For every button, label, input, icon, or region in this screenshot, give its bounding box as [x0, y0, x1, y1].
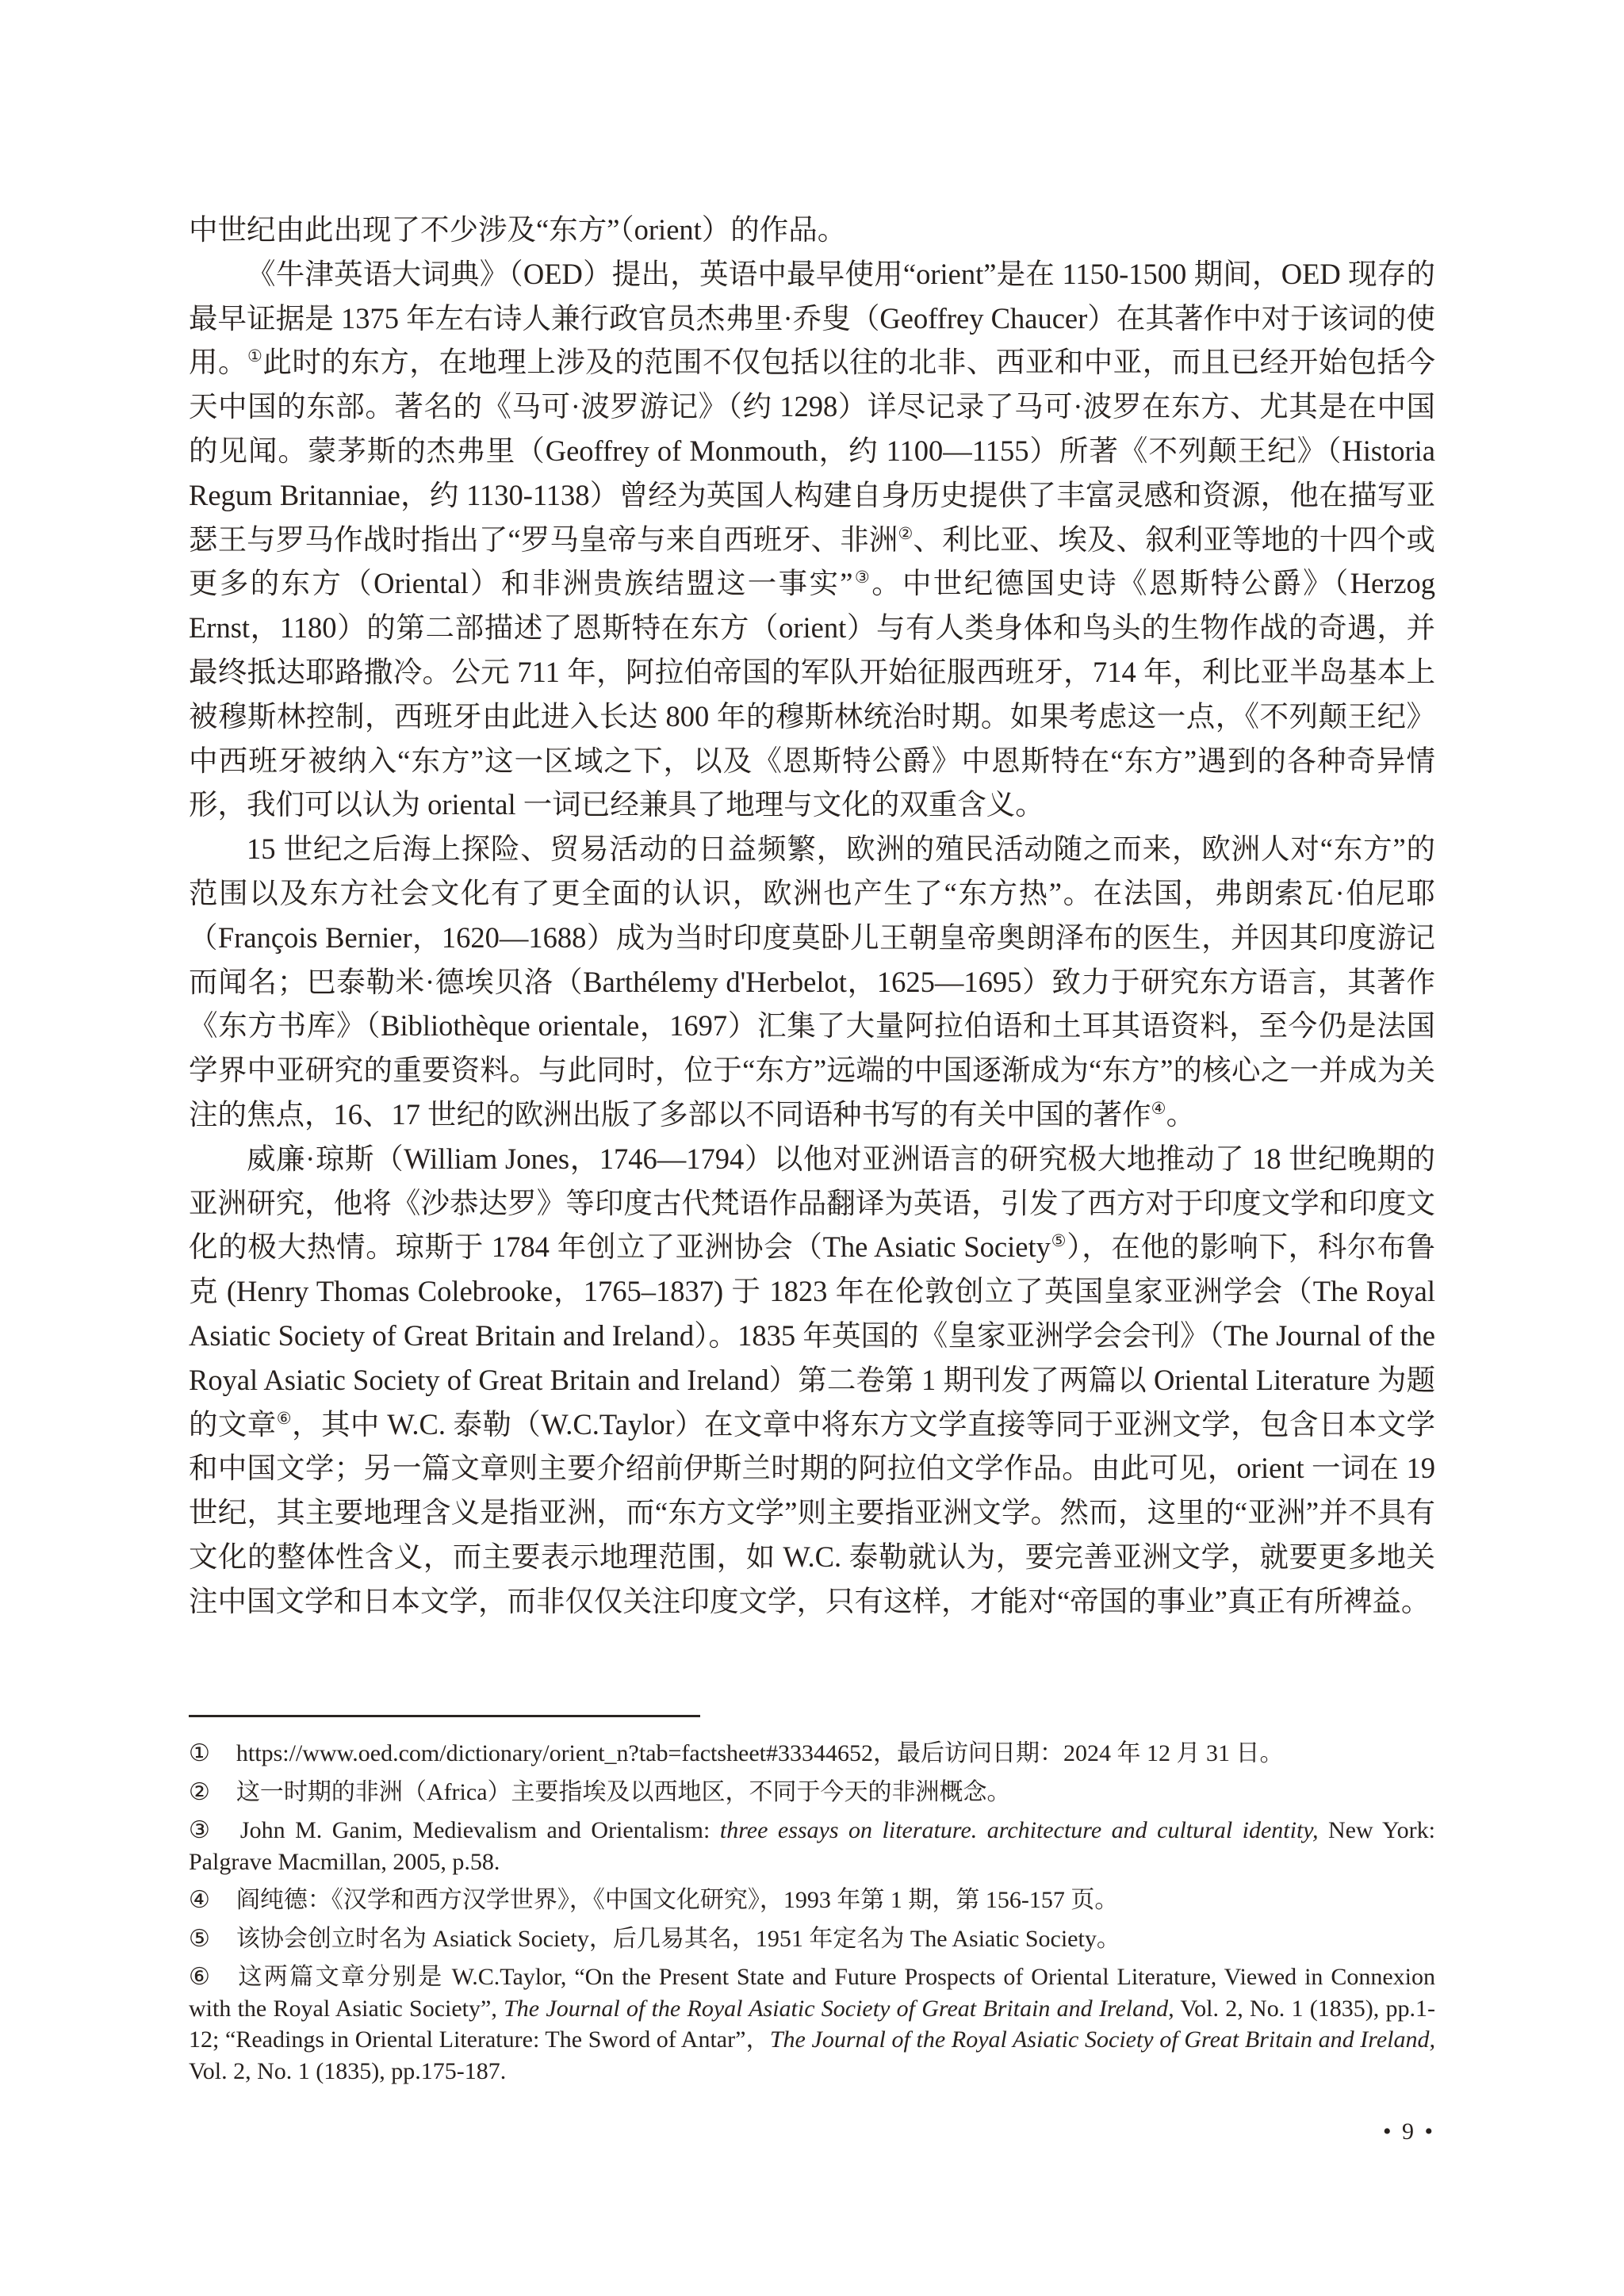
italic-text: The Journal of the Royal Asiatic Society… — [770, 2026, 1435, 2053]
document-page: 中世纪由此出现了不少涉及“东方”（orient）的作品。 《牛津英语大词典》（O… — [0, 0, 1624, 2296]
footnote-marker: ④ — [189, 1887, 210, 1913]
footnote-text: 这一时期的非洲（Africa）主要指埃及以西地区，不同于今天的非洲概念。 — [236, 1779, 1011, 1805]
footnote-ref: ④ — [1151, 1099, 1166, 1118]
footnote-text: 阎纯德：《汉学和西方汉学世界》，《中国文化研究》，1993 年第 1 期，第 1… — [236, 1887, 1119, 1913]
page-number: • 9 • — [1383, 2118, 1435, 2145]
footnote-5: ⑤该协会创立时名为 Asiatick Society，后几易其名，1951 年定… — [189, 1923, 1435, 1955]
footnote-text: 该协会创立时名为 Asiatick Society，后几易其名，1951 年定名… — [236, 1926, 1120, 1952]
footnote-2: ②这一时期的非洲（Africa）主要指埃及以西地区，不同于今天的非洲概念。 — [189, 1777, 1435, 1808]
footnote-text: 这两篇文章分别是 W.C.Taylor, “On the Present Sta… — [189, 1964, 1435, 2084]
footnote-separator — [189, 1715, 700, 1717]
body-paragraph-3: 15 世纪之后海上探险、贸易活动的日益频繁，欧洲的殖民活动随之而来，欧洲人对“东… — [189, 827, 1435, 1137]
footnote-marker: ③ — [189, 1817, 214, 1843]
italic-text: The Journal of the Royal Asiatic Society… — [504, 1996, 1174, 2022]
footnote-4: ④阎纯德：《汉学和西方汉学世界》，《中国文化研究》，1993 年第 1 期，第 … — [189, 1885, 1435, 1916]
footnote-text: https://www.oed.com/dictionary/orient_n?… — [236, 1740, 1284, 1766]
footnote-ref: ① — [247, 346, 262, 365]
footnote-1: ①https://www.oed.com/dictionary/orient_n… — [189, 1738, 1435, 1770]
body-paragraph-4: 威廉·琼斯（William Jones，1746—1794）以他对亚洲语言的研究… — [189, 1137, 1435, 1624]
body-paragraph-2: 《牛津英语大词典》（OED）提出，英语中最早使用“orient”是在 1150-… — [189, 252, 1435, 827]
footnote-ref: ⑥ — [277, 1408, 292, 1427]
footnote-marker: ① — [189, 1740, 210, 1766]
footnote-ref: ⑤ — [1051, 1231, 1067, 1250]
footnote-3: ③John M. Ganim, Medievalism and Oriental… — [189, 1815, 1435, 1877]
footnote-marker: ⑥ — [189, 1964, 212, 1990]
footnote-6: ⑥这两篇文章分别是 W.C.Taylor, “On the Present St… — [189, 1961, 1435, 2087]
footnote-ref: ③ — [853, 568, 872, 587]
footnote-text: John M. Ganim, Medievalism and Orientali… — [189, 1817, 1435, 1875]
footnotes-section: ①https://www.oed.com/dictionary/orient_n… — [189, 1715, 1435, 2094]
footnote-marker: ⑤ — [189, 1926, 210, 1952]
body-text: 中世纪由此出现了不少涉及“东方”（orient）的作品。 《牛津英语大词典》（O… — [189, 208, 1435, 1624]
footnote-marker: ② — [189, 1779, 210, 1805]
italic-text: three essays on literature. architecture… — [720, 1817, 1319, 1843]
body-paragraph-1: 中世纪由此出现了不少涉及“东方”（orient）的作品。 — [189, 208, 1435, 252]
footnote-ref: ② — [898, 523, 913, 542]
